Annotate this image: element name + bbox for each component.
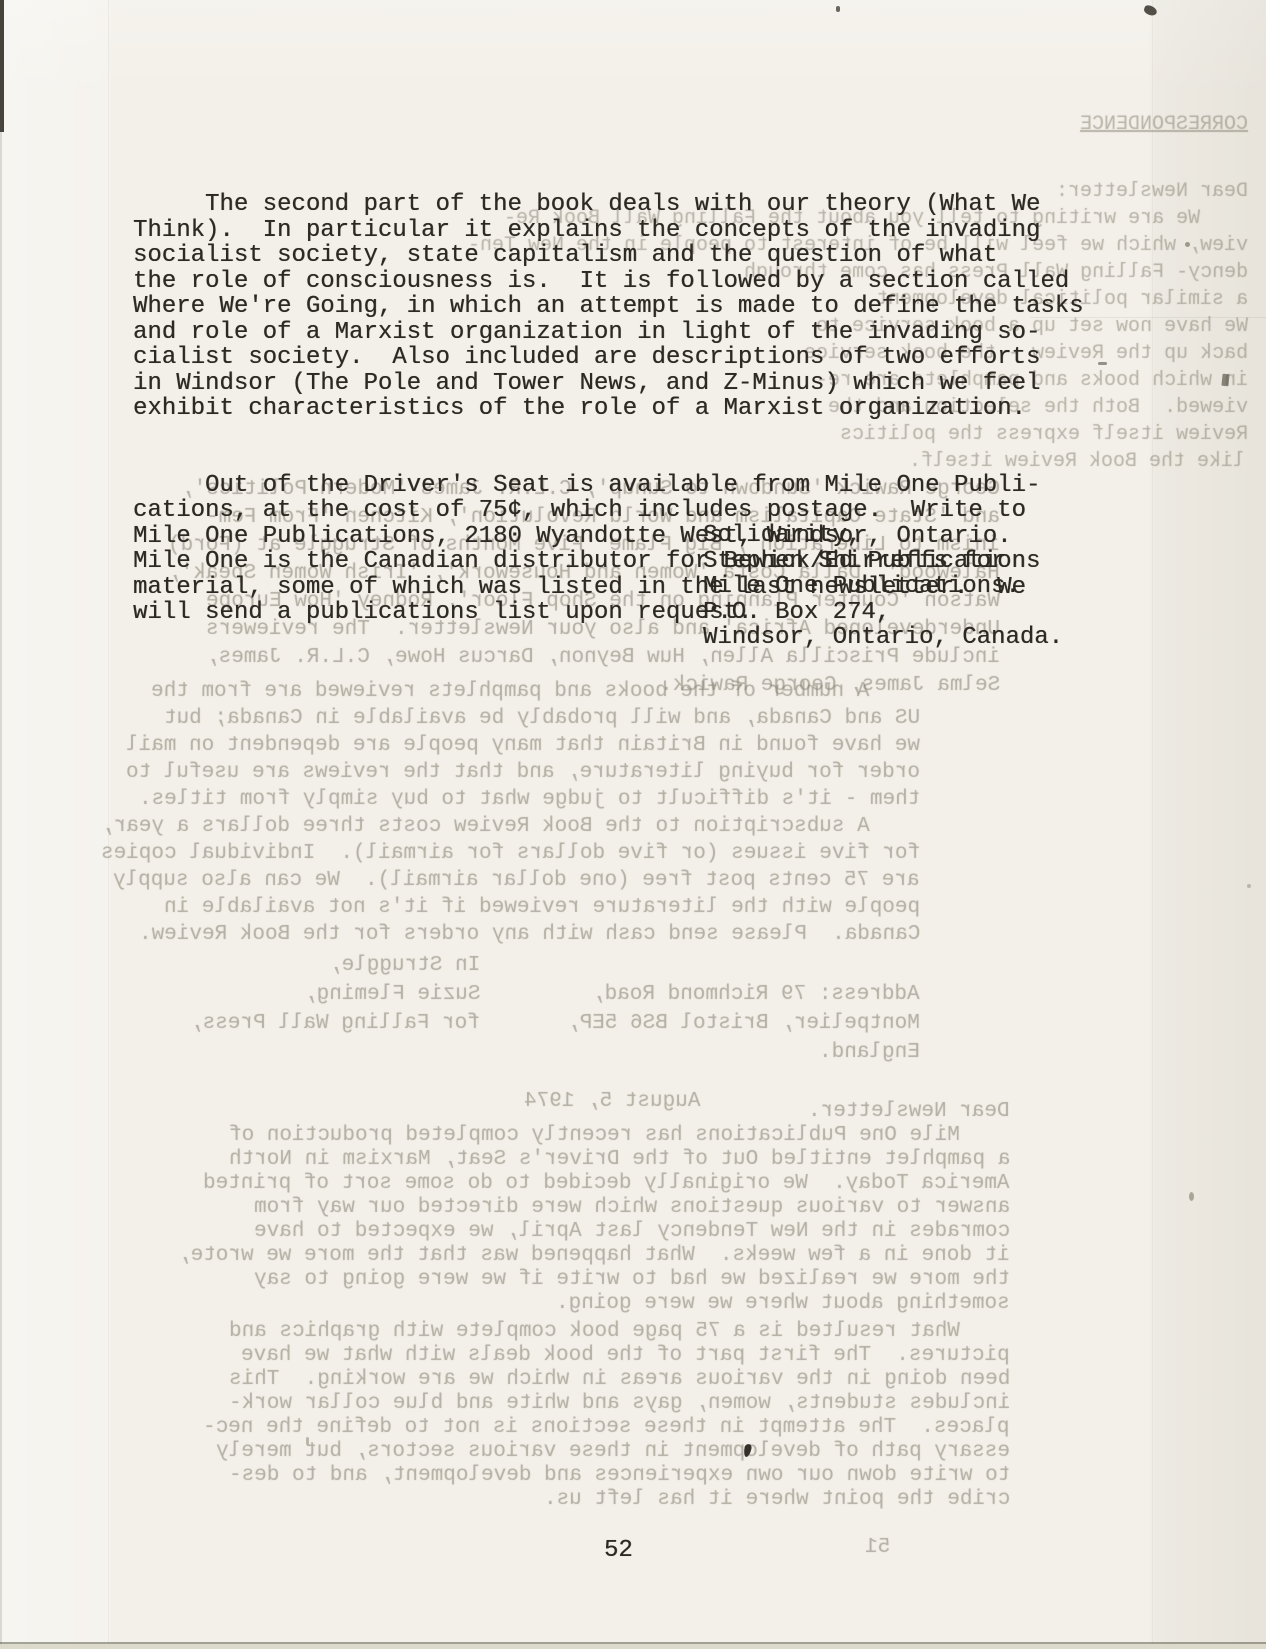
bleed-through-line: CORRESPONDENCE bbox=[1080, 113, 1248, 137]
scan-scratch bbox=[1030, 317, 1266, 318]
bleed-through-line: it done in a few weeks. What happened wa… bbox=[178, 1244, 1010, 1268]
bleed-through-line: Dear Newsletter. bbox=[808, 1100, 1010, 1124]
paper-crease-right bbox=[1152, 0, 1153, 1649]
bleed-through-line: are 75 cents post free (one dollar airma… bbox=[113, 869, 920, 893]
bleed-through-line: cribe the point where it has left us. bbox=[544, 1488, 1010, 1512]
bleed-through-line: Suzie Fleming, bbox=[304, 983, 480, 1007]
scan-speck bbox=[1189, 1192, 1194, 1201]
scan-speck bbox=[306, 1437, 309, 1445]
bleed-through-line: we have found in Britain that many peopl… bbox=[126, 734, 920, 758]
bleed-through-line: A number of the books and pamphlets revi… bbox=[151, 680, 920, 704]
scan-edge-left-sliver bbox=[0, 0, 4, 132]
bleed-through-line: the more we realized we had to write if … bbox=[254, 1268, 1010, 1292]
scan-edge-bottom-strip bbox=[0, 1644, 1266, 1649]
bleed-through-line: essary path of development in these vari… bbox=[216, 1440, 1010, 1464]
scan-speck bbox=[1098, 362, 1107, 365]
paper-crease-left bbox=[108, 0, 109, 1649]
bleed-through-line: a pamphlet entitled Out of the Driver's … bbox=[229, 1148, 1010, 1172]
scan-speck bbox=[1247, 884, 1251, 888]
signature-block: Solidarity, Stephen Shirreffs for Mile O… bbox=[703, 523, 1063, 651]
bleed-through-line: America Today. We originally decided to … bbox=[203, 1172, 1010, 1196]
bleed-through-line: Address: 79 Richmond Road, bbox=[592, 983, 920, 1007]
bleed-through-line: order for buying literature, and that th… bbox=[126, 761, 920, 785]
scan-edge-left-shadow bbox=[0, 120, 2, 1649]
bleed-through-line: for five issues (or five dollars for air… bbox=[101, 842, 920, 866]
bleed-through-line: England. bbox=[819, 1041, 920, 1065]
bleed-through-line: US and Canada, and will probably be avai… bbox=[164, 707, 920, 731]
bleed-through-line: comrades in the New Tendency last April,… bbox=[254, 1220, 1010, 1244]
bleed-through-line: Mile One Publications has recently compl… bbox=[229, 1124, 1010, 1148]
bleed-through-line: to write down our own experiences and de… bbox=[229, 1464, 1010, 1488]
bleed-through-line: August 5, 1974 bbox=[524, 1090, 700, 1114]
bleed-through-line: What resulted is a 75 page book complete… bbox=[229, 1320, 1010, 1344]
scan-speck bbox=[1143, 4, 1158, 17]
bleed-through-line: 51 bbox=[865, 1536, 890, 1560]
scanned-page-background: { "doc": { "paragraph1": " The second pa… bbox=[0, 0, 1266, 1649]
bleed-through-line: answer to various questions which were d… bbox=[254, 1196, 1010, 1220]
paper-sheet: CORRESPONDENCEDear Newsletter: We are wr… bbox=[0, 0, 1266, 1649]
bleed-through-line: people with the literature reviewed if i… bbox=[164, 896, 920, 920]
bleed-through-line: A subscription to the Book Review costs … bbox=[101, 815, 920, 839]
scan-speck bbox=[836, 6, 840, 12]
bleed-through-line: Montpelier, Bristol BS6 5EP, bbox=[567, 1012, 920, 1036]
bleed-through-line: Canada. Please send cash with any orders… bbox=[139, 923, 920, 947]
letter-paragraph-1: The second part of the book deals with o… bbox=[133, 192, 1084, 422]
bleed-through-line: something about where we were going. bbox=[556, 1292, 1010, 1316]
page-number: 52 bbox=[604, 1538, 633, 1564]
bleed-through-line: for Falling Wall Press, bbox=[190, 1012, 480, 1036]
bleed-through-line: In Struggle, bbox=[329, 954, 480, 978]
scan-speck bbox=[1185, 242, 1190, 247]
bleed-through-line: places. The attempt in these sections is… bbox=[203, 1416, 1010, 1440]
bleed-through-line: pictures. The first part of the book dea… bbox=[241, 1344, 1010, 1368]
bleed-through-line: been doing in the various areas in which… bbox=[229, 1368, 1010, 1392]
scan-speck bbox=[1221, 374, 1229, 387]
bleed-through-line: them - it's difficult to judge what to b… bbox=[139, 788, 920, 812]
bleed-through-line: includes students, women, gays and white… bbox=[229, 1392, 1010, 1416]
